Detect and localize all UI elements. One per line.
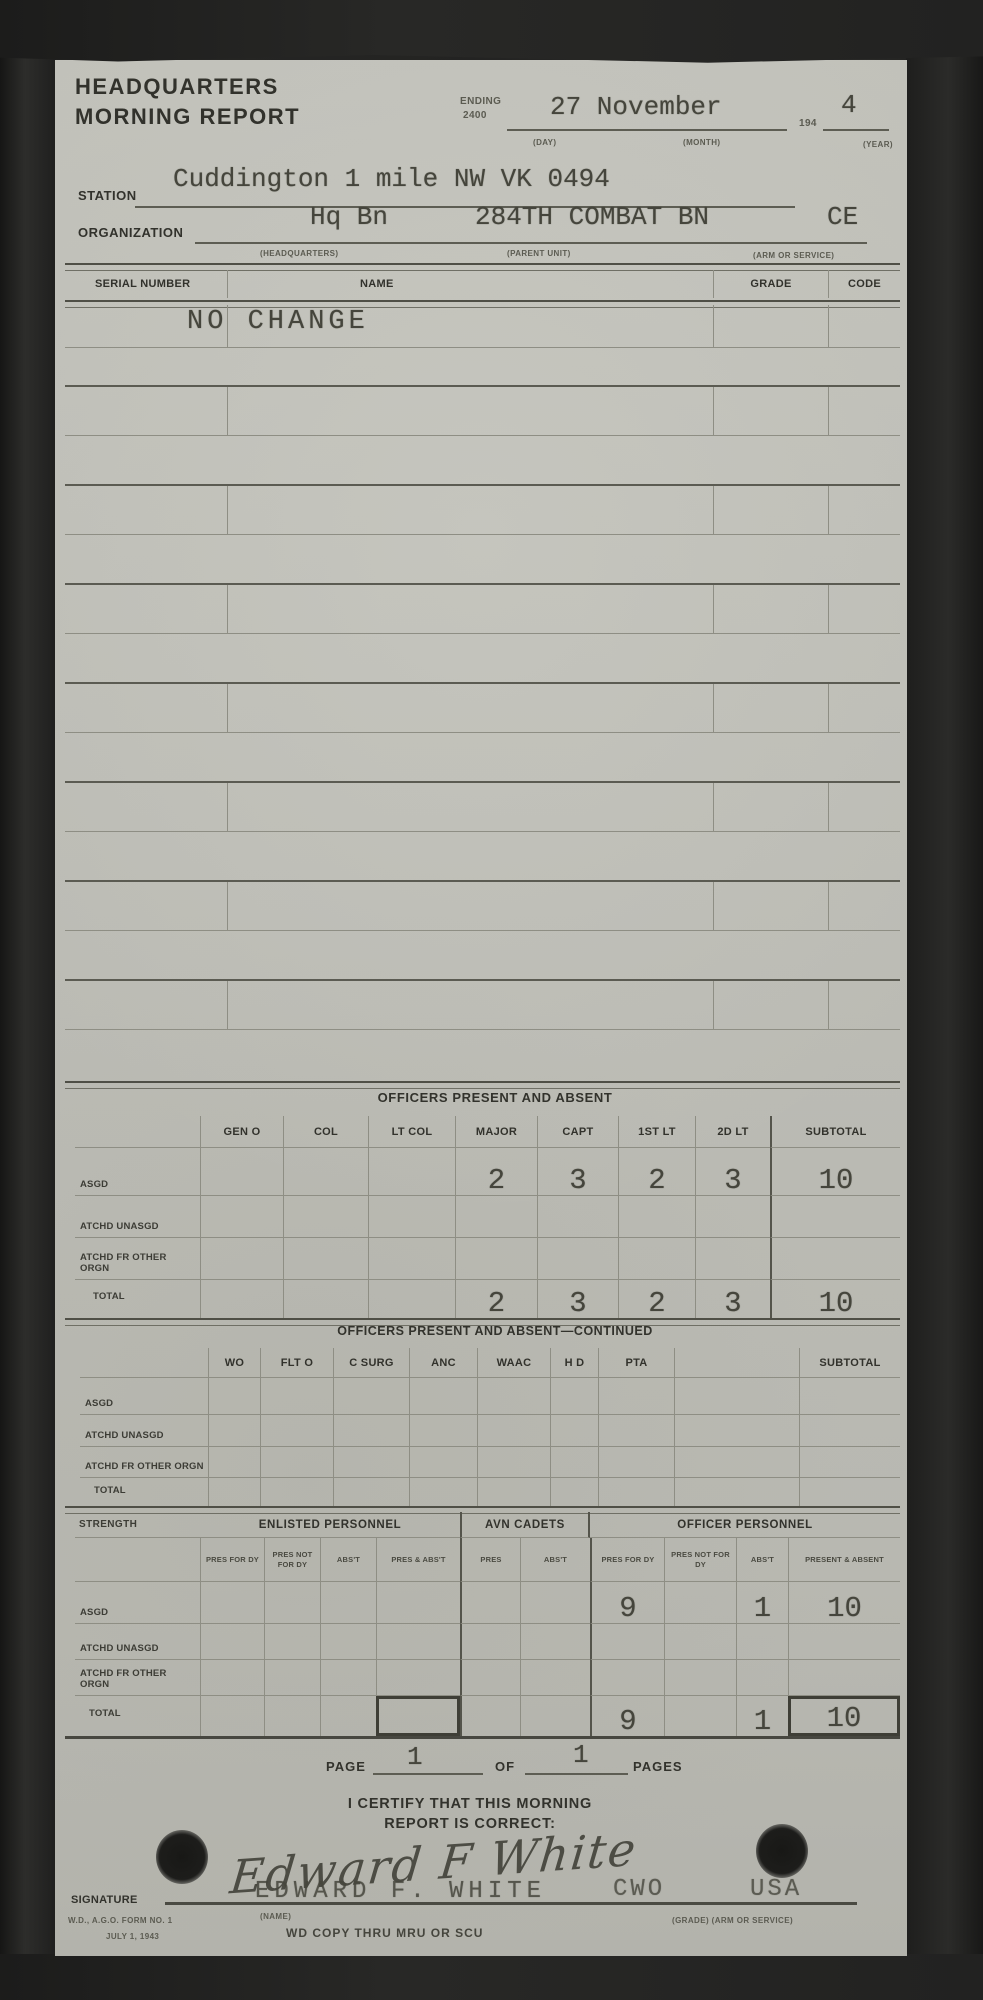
table-cell xyxy=(320,1624,376,1660)
film-border-bottom xyxy=(0,1954,983,2000)
table-cell xyxy=(598,1478,674,1508)
certification-line1: I CERTIFY THAT THIS MORNING xyxy=(310,1796,630,1812)
table-cell xyxy=(736,1624,788,1660)
ending-label: ENDING xyxy=(460,96,501,107)
table-cell xyxy=(799,1415,900,1447)
empty-roster-row xyxy=(65,682,900,733)
parent-unit-sublabel: (PARENT UNIT) xyxy=(507,249,571,258)
column-divider xyxy=(828,305,829,347)
table-cell: 2 xyxy=(618,1148,695,1196)
table-cell: 10 xyxy=(788,1582,900,1624)
serial-number-header: SERIAL NUMBER xyxy=(65,270,227,298)
rule xyxy=(65,1081,900,1089)
row-label: ATCHD FR OTHER ORGN xyxy=(75,1660,200,1696)
column-header xyxy=(674,1348,799,1378)
table-cell xyxy=(460,1660,520,1696)
table-cell xyxy=(260,1378,333,1415)
table-cell xyxy=(260,1478,333,1508)
empty-roster-row xyxy=(65,385,900,436)
empty-roster-row xyxy=(65,781,900,832)
ending-time: 2400 xyxy=(463,110,487,121)
table-cell xyxy=(664,1660,736,1696)
table-cell xyxy=(664,1696,736,1736)
table-cell xyxy=(264,1582,320,1624)
group-header-officer: OFFICER PERSONNEL xyxy=(590,1512,900,1538)
table-cell xyxy=(477,1378,550,1415)
column-divider xyxy=(713,882,714,930)
row-label: TOTAL xyxy=(75,1696,200,1736)
table-cell xyxy=(333,1378,409,1415)
empty-roster-row xyxy=(65,484,900,535)
strength-table: STRENGTH ENLISTED PERSONNEL AVN CADETS O… xyxy=(75,1512,900,1736)
month-label: (MONTH) xyxy=(683,138,720,147)
form-paper: HEADQUARTERS MORNING REPORT ENDING 2400 … xyxy=(55,60,907,1956)
column-header: SUBTOTAL xyxy=(770,1116,900,1148)
table-cell xyxy=(333,1415,409,1447)
column-header: H D xyxy=(550,1348,598,1378)
table-cell: 2 xyxy=(618,1280,695,1318)
subcolumn-header: ABS'T xyxy=(736,1538,788,1582)
column-divider xyxy=(227,486,228,534)
table-cell xyxy=(520,1582,590,1624)
year-printed: 194 xyxy=(799,118,817,129)
table-cell: 3 xyxy=(695,1148,770,1196)
table-cell xyxy=(75,1538,200,1582)
subcolumn-header: PRES xyxy=(460,1538,520,1582)
table-cell: 3 xyxy=(537,1280,618,1318)
pages-underline xyxy=(525,1773,628,1775)
table-cell xyxy=(674,1415,799,1447)
column-divider xyxy=(227,684,228,732)
table-cell xyxy=(520,1660,590,1696)
table-cell xyxy=(770,1196,900,1238)
column-header: GEN O xyxy=(200,1116,283,1148)
column-header: SUBTOTAL xyxy=(799,1348,900,1378)
organization-headquarters-value: Hq Bn xyxy=(310,202,388,232)
table-cell xyxy=(598,1415,674,1447)
copy-route-note: WD COPY THRU MRU OR SCU xyxy=(286,1926,483,1940)
empty-roster-row xyxy=(65,880,900,931)
column-divider xyxy=(713,783,714,831)
table-cell xyxy=(537,1196,618,1238)
table-cell xyxy=(590,1624,664,1660)
empty-roster-row xyxy=(65,979,900,1030)
table-cell xyxy=(208,1447,260,1478)
table-cell xyxy=(368,1238,455,1280)
column-header: ANC xyxy=(409,1348,477,1378)
punch-hole xyxy=(756,1824,808,1878)
table-cell xyxy=(376,1696,460,1736)
table-cell xyxy=(264,1696,320,1736)
column-header: WAAC xyxy=(477,1348,550,1378)
table-cell xyxy=(520,1696,590,1736)
table-cell xyxy=(664,1624,736,1660)
table-cell: 9 xyxy=(590,1582,664,1624)
subcolumn-header: ABS'T xyxy=(320,1538,376,1582)
row-label: ATCHD FR OTHER ORGN xyxy=(80,1447,208,1478)
row-label: ATCHD FR OTHER ORGN xyxy=(75,1238,200,1280)
table-cell xyxy=(788,1624,900,1660)
form-id-line1: W.D., A.G.O. FORM NO. 1 xyxy=(68,1916,172,1925)
column-header: FLT O xyxy=(260,1348,333,1378)
column-divider xyxy=(828,387,829,435)
film-border-right xyxy=(906,0,983,2000)
code-header: CODE xyxy=(828,270,900,298)
signature-label: SIGNATURE xyxy=(71,1894,138,1906)
table-cell xyxy=(409,1378,477,1415)
column-header: MAJOR xyxy=(455,1116,537,1148)
name-header: NAME xyxy=(227,270,713,298)
report-date-value: 27 November xyxy=(550,92,722,122)
column-divider xyxy=(828,783,829,831)
column-divider xyxy=(828,882,829,930)
subcolumn-header: ABS'T xyxy=(520,1538,590,1582)
table-cell xyxy=(409,1447,477,1478)
table-cell xyxy=(477,1478,550,1508)
table-cell xyxy=(590,1660,664,1696)
table-cell: 10 xyxy=(770,1280,900,1318)
column-header: 1ST LT xyxy=(618,1116,695,1148)
table-cell xyxy=(460,1624,520,1660)
form-title-line1: HEADQUARTERS xyxy=(75,74,279,100)
column-header: CAPT xyxy=(537,1116,618,1148)
signature-underline xyxy=(165,1902,857,1905)
column-header: PTA xyxy=(598,1348,674,1378)
film-border-left xyxy=(0,0,56,2000)
station-value: Cuddington 1 mile NW VK 0494 xyxy=(173,164,610,194)
column-divider xyxy=(713,585,714,633)
table-cell xyxy=(368,1148,455,1196)
table-cell xyxy=(376,1582,460,1624)
empty-roster-row xyxy=(65,583,900,634)
group-header-enlisted: ENLISTED PERSONNEL xyxy=(200,1512,460,1538)
column-header: COL xyxy=(283,1116,368,1148)
column-divider xyxy=(227,882,228,930)
table-cell xyxy=(477,1447,550,1478)
row-label: ASGD xyxy=(80,1378,208,1415)
table-cell xyxy=(477,1415,550,1447)
table-cell: 1 xyxy=(736,1696,788,1736)
table-cell xyxy=(320,1696,376,1736)
table-cell xyxy=(333,1478,409,1508)
table-cell: 2 xyxy=(455,1148,537,1196)
subcolumn-header: PRES NOT FOR DY xyxy=(664,1538,736,1582)
column-divider xyxy=(713,981,714,1029)
table-cell xyxy=(283,1148,368,1196)
table-cell xyxy=(550,1415,598,1447)
table-cell xyxy=(618,1196,695,1238)
row-label: TOTAL xyxy=(75,1280,200,1318)
arm-service-sublabel: (ARM OR SERVICE) xyxy=(753,251,834,260)
column-divider xyxy=(227,387,228,435)
table-cell xyxy=(788,1660,900,1696)
table-cell xyxy=(200,1196,283,1238)
signature-grade-value: CWO xyxy=(613,1876,665,1903)
table-cell xyxy=(520,1624,590,1660)
organization-underline xyxy=(195,242,867,244)
table-cell xyxy=(409,1478,477,1508)
grade-header: GRADE xyxy=(713,270,828,298)
table-cell xyxy=(200,1696,264,1736)
table-cell xyxy=(550,1447,598,1478)
table-cell xyxy=(455,1238,537,1280)
column-header: WO xyxy=(208,1348,260,1378)
table-cell xyxy=(208,1415,260,1447)
signature-typed-name: EDWARD F. WHITE xyxy=(255,1878,546,1905)
table-cell xyxy=(376,1660,460,1696)
subcolumn-header: PRES NOT FOR DY xyxy=(264,1538,320,1582)
table-cell: 9 xyxy=(590,1696,664,1736)
signature-arm-value: USA xyxy=(750,1876,802,1903)
table-cell xyxy=(368,1280,455,1318)
column-divider xyxy=(227,585,228,633)
date-underline xyxy=(507,129,787,131)
row-label: ATCHD UNASGD xyxy=(75,1196,200,1238)
form-title-line2: MORNING REPORT xyxy=(75,104,300,130)
table-cell xyxy=(260,1415,333,1447)
table-cell xyxy=(200,1582,264,1624)
pages-total-value: 1 xyxy=(573,1740,589,1770)
subcolumn-header: PRES FOR DY xyxy=(200,1538,264,1582)
table-cell xyxy=(80,1348,208,1378)
pages-label: PAGES xyxy=(633,1759,683,1774)
table-cell xyxy=(598,1447,674,1478)
table-cell xyxy=(537,1238,618,1280)
table-cell xyxy=(208,1378,260,1415)
table-cell xyxy=(320,1660,376,1696)
name-sublabel: (NAME) xyxy=(260,1912,291,1921)
station-label: STATION xyxy=(78,188,137,203)
table-cell xyxy=(664,1582,736,1624)
grade-arm-sublabel: (GRADE) (ARM OR SERVICE) xyxy=(672,1916,793,1925)
form-id-line2: JULY 1, 1943 xyxy=(106,1932,159,1941)
day-label: (DAY) xyxy=(533,138,556,147)
row-label: ATCHD UNASGD xyxy=(80,1415,208,1447)
organization-arm-value: CE xyxy=(827,202,858,232)
table-cell xyxy=(695,1196,770,1238)
organization-label: ORGANIZATION xyxy=(78,225,183,240)
organization-parent-unit-value: 284TH COMBAT BN xyxy=(475,202,709,232)
officers-continued-title: OFFICERS PRESENT AND ABSENT—CONTINUED xyxy=(255,1324,735,1338)
table-cell xyxy=(550,1478,598,1508)
column-divider xyxy=(713,486,714,534)
table-cell xyxy=(368,1196,455,1238)
table-cell xyxy=(200,1660,264,1696)
officers-continued-table: WO FLT O C SURG ANC WAAC H D PTA SUBTOTA… xyxy=(80,1348,900,1508)
table-cell xyxy=(455,1196,537,1238)
subcolumn-header: PRESENT & ABSENT xyxy=(788,1538,900,1582)
column-divider xyxy=(713,305,714,347)
scanned-morning-report: HEADQUARTERS MORNING REPORT ENDING 2400 … xyxy=(0,0,983,2000)
roster-header-row: SERIAL NUMBER NAME GRADE CODE xyxy=(65,270,900,298)
column-header: C SURG xyxy=(333,1348,409,1378)
table-cell xyxy=(283,1196,368,1238)
table-cell xyxy=(674,1478,799,1508)
table-cell xyxy=(618,1238,695,1280)
table-cell xyxy=(333,1447,409,1478)
year-underline xyxy=(823,129,889,131)
row-label: ATCHD UNASGD xyxy=(75,1624,200,1660)
column-divider xyxy=(713,684,714,732)
table-cell xyxy=(598,1378,674,1415)
punch-hole xyxy=(156,1830,208,1884)
year-typed-value: 4 xyxy=(841,90,857,120)
table-cell xyxy=(264,1624,320,1660)
table-cell: 3 xyxy=(537,1148,618,1196)
column-divider xyxy=(227,981,228,1029)
table-cell xyxy=(736,1660,788,1696)
page-label: PAGE xyxy=(326,1759,366,1774)
roster-entry-text: NO CHANGE xyxy=(187,307,369,337)
officers-section-title: OFFICERS PRESENT AND ABSENT xyxy=(305,1090,685,1105)
table-cell: 10 xyxy=(788,1696,900,1736)
table-cell: 10 xyxy=(770,1148,900,1196)
table-cell xyxy=(200,1238,283,1280)
table-cell xyxy=(208,1478,260,1508)
rule xyxy=(65,1736,900,1739)
table-cell xyxy=(376,1624,460,1660)
column-divider xyxy=(828,981,829,1029)
column-header: 2D LT xyxy=(695,1116,770,1148)
table-cell xyxy=(200,1148,283,1196)
strength-corner-label: STRENGTH xyxy=(75,1512,200,1538)
table-cell xyxy=(200,1280,283,1318)
page-underline xyxy=(373,1773,483,1775)
table-cell xyxy=(674,1378,799,1415)
group-header-avn-cadets: AVN CADETS xyxy=(460,1512,590,1538)
table-cell xyxy=(799,1447,900,1478)
table-cell xyxy=(674,1447,799,1478)
row-label: TOTAL xyxy=(80,1478,208,1508)
of-label: OF xyxy=(495,1759,515,1774)
table-cell xyxy=(75,1116,200,1148)
year-label: (YEAR) xyxy=(863,140,893,149)
table-cell xyxy=(283,1280,368,1318)
table-cell xyxy=(460,1696,520,1736)
subcolumn-header: PRES & ABS'T xyxy=(376,1538,460,1582)
table-cell xyxy=(550,1378,598,1415)
subcolumn-header: PRES FOR DY xyxy=(590,1538,664,1582)
headquarters-sublabel: (HEADQUARTERS) xyxy=(260,249,339,258)
column-divider xyxy=(713,387,714,435)
roster-entry-row: NO CHANGE xyxy=(65,305,900,348)
table-cell xyxy=(409,1415,477,1447)
column-divider xyxy=(828,684,829,732)
column-divider xyxy=(828,585,829,633)
table-cell xyxy=(200,1624,264,1660)
table-cell xyxy=(260,1447,333,1478)
table-cell xyxy=(799,1378,900,1415)
row-label: ASGD xyxy=(75,1582,200,1624)
row-label: ASGD xyxy=(75,1148,200,1196)
column-header: LT COL xyxy=(368,1116,455,1148)
table-cell xyxy=(320,1582,376,1624)
table-cell xyxy=(264,1660,320,1696)
table-cell: 3 xyxy=(695,1280,770,1318)
table-cell xyxy=(695,1238,770,1280)
table-cell: 1 xyxy=(736,1582,788,1624)
film-border-top xyxy=(0,0,983,64)
column-divider xyxy=(828,486,829,534)
officers-table: GEN O COL LT COL MAJOR CAPT 1ST LT 2D LT… xyxy=(75,1116,900,1318)
page-number-value: 1 xyxy=(407,1742,423,1772)
table-cell xyxy=(799,1478,900,1508)
table-cell xyxy=(770,1238,900,1280)
table-cell: 2 xyxy=(455,1280,537,1318)
column-divider xyxy=(227,783,228,831)
table-cell xyxy=(460,1582,520,1624)
table-cell xyxy=(283,1238,368,1280)
